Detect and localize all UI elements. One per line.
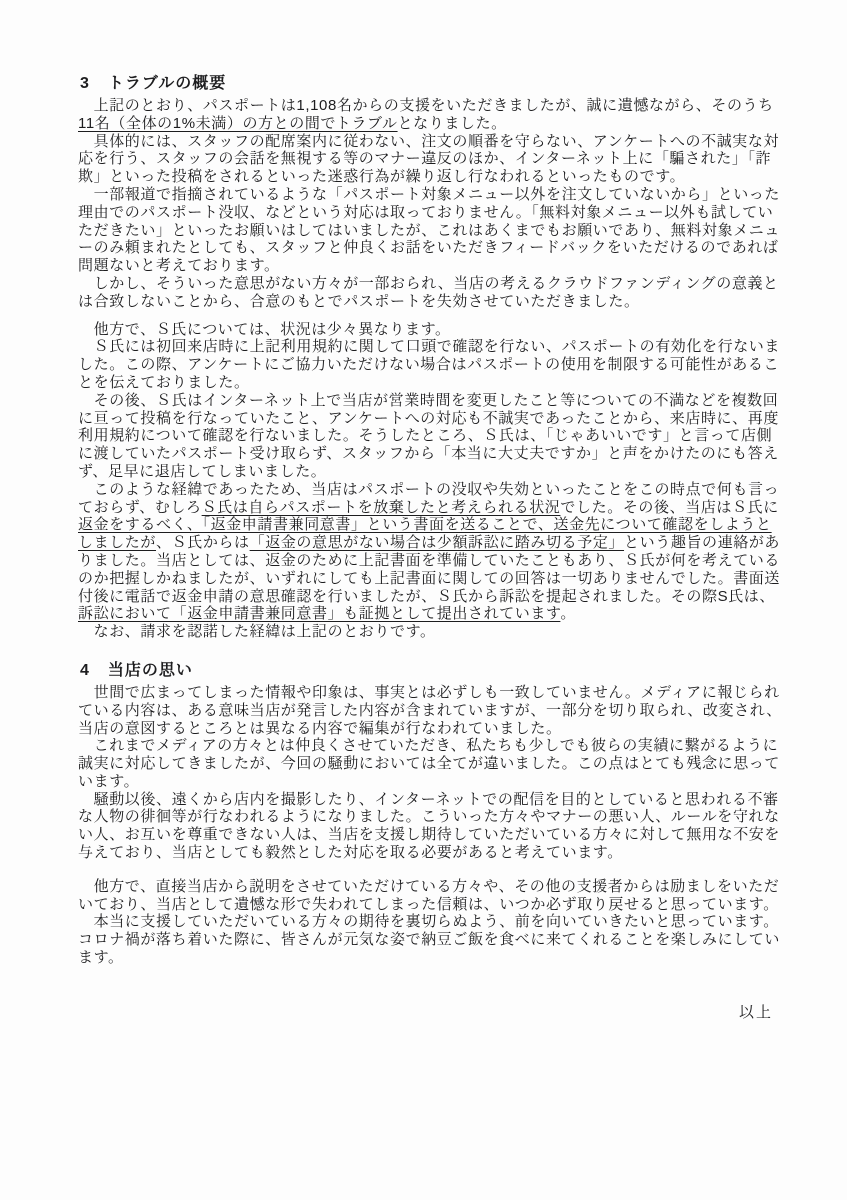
text-segment: 与えており、当店としても毅然とした対応を取る必要があると考えています。 [78,844,623,861]
text-segment: に亘って投稿を行なっていたこと、アンケートへの対応も不誠実であったことから、来店… [78,410,779,427]
text-segment: 問題ないと考えております。 [78,257,280,274]
text-line: しかし、そういった意思がない方々が一部おられ、当店の考えるクラウドファンディング… [78,275,787,293]
section-3: 3トラブルの概要 上記のとおり、パスポートは1,108名からの支援をいただきまし… [78,74,787,641]
text-segment: 他方で、直接当店から説明をさせていただけている方々や、その他の支援者からは励まし… [78,878,779,895]
text-line: 上記のとおり、パスポートは1,108名からの支援をいただきましたが、誠に遺憾なが… [78,97,787,115]
text-segment: となりました。 [398,115,507,132]
text-segment: 理由でのパスポート没収、などという対応は取っておりません。「無料対象メニュー以外… [78,204,773,221]
text-segment: 上記のとおり、パスポートは1,108名からの支援をいただきましたが、誠に遺憾なが… [78,97,774,114]
text-line: 具体的には、スタッフの配席案内に従わない、注文の順番を守らない、アンケートへの不… [78,133,787,151]
underlined-text: しましたが [78,534,156,551]
text-segment: 他方で、Ｓ氏については、状況は少々異なります。 [78,321,451,338]
text-segment: 具体的には、スタッフの配席案内に従わない、注文の順番を守らない、アンケートへの不… [78,133,779,150]
text-segment: とを伝えておりました。 [78,374,250,391]
underlined-text: 訴訟において「返金申請書兼同意書」も証拠として提出されています [78,605,560,622]
text-segment: という趣旨の連絡があ [624,534,780,551]
text-segment: でした。その後、当店はＳ氏に [560,499,778,516]
text-segment: 誠実に対応してきましたが、今回の騒動においては全てが違いました。この点はとても残… [78,755,780,772]
text-segment: Ｓ氏には初回来店時に上記利用規約に関して口頭で確認を行ない、パスポートの有効化を… [78,338,780,355]
section-title: トラブルの概要 [108,75,226,92]
paragraph-spacer [78,311,787,321]
text-line: した。この際、アンケートにご協力いただけない場合はパスポートの使用を制限する可能… [78,356,787,374]
text-segment: 騒動以後、遠くから店内を撮影したり、インターネットでの配信を目的としていると思わ… [78,791,779,808]
section-number: 3 [80,74,90,94]
text-segment: いており、当店として遺憾な形で失われてしまった信頼は、いつか必ず取り戻せると思っ… [78,896,779,913]
text-line: これまでメディアの方々とは仲良くさせていただき、私たちも少しでも彼らの実績に繋が… [78,737,787,755]
text-segment: 世間で広まってしまった情報や印象は、事実とは必ずしも一致していません。メディアに… [78,684,780,701]
underlined-text: 返金をするべく、「返金申請書兼同意書」という書面を送ることで、送金先について確認… [78,516,772,533]
text-segment: ず、足早に退店してしまいました。 [78,463,326,480]
text-line: Ｓ氏には初回来店時に上記利用規約に関して口頭で確認を行ない、パスポートの有効化を… [78,338,787,356]
text-line: いており、当店として遺憾な形で失われてしまった信頼は、いつか必ず取り戻せると思っ… [78,896,787,914]
section-number: 4 [80,661,90,681]
text-segment: 、Ｓ氏からは [156,534,250,551]
text-line: 他方で、直接当店から説明をさせていただけている方々や、その他の支援者からは励まし… [78,878,787,896]
text-line: 利用規約について確認を行ないました。そうしたところ、Ｓ氏は、「じゃあいいです」と… [78,427,787,445]
text-line: 騒動以後、遠くから店内を撮影したり、インターネットでの配信を目的としていると思わ… [78,791,787,809]
text-segment: 。 [560,605,576,622]
text-segment: ておらず、むしろ [78,499,202,516]
text-line: なお、請求を認諾した経緯は上記のとおりです。 [78,623,787,641]
text-segment: に渡していたパスポート受け取らず、スタッフから「本当に大丈夫ですか」と声をかけた… [78,445,779,462]
text-segment: ーのみ頼まれたとしても、スタッフと仲良くお話をいただきフィードバックをいただける… [78,239,779,256]
text-line: しましたが、Ｓ氏からは「返金の意思がない場合は少額訴訟に踏み切る予定」という趣旨… [78,534,787,552]
text-segment: コロナ禍が落ち着いた際に、皆さんが元気な姿で納豆ご飯を食べに来てくれることを楽し… [78,931,780,948]
text-segment: います。 [78,773,139,790]
text-line: 欺」といった投稿をされるといった迷惑行為が繰り返し行なわれるといったものです。 [78,168,787,186]
text-line: 問題ないと考えております。 [78,257,787,275]
text-segment: これまでメディアの方々とは仲良くさせていただき、私たちも少しでも彼らの実績に繋が… [78,737,778,754]
text-segment: りました。当店としては、返金のために上記書面を準備していたこともあり、Ｓ氏が何を… [78,552,780,569]
text-line: 他方で、Ｓ氏については、状況は少々異なります。 [78,321,787,339]
sections: 3トラブルの概要 上記のとおり、パスポートは1,108名からの支援をいただきまし… [78,74,787,967]
text-segment: は合致しないことから、合意のもとでパスポートを失効させていただきました。 [78,293,640,310]
text-line: りました。当店としては、返金のために上記書面を準備していたこともあり、Ｓ氏が何を… [78,552,787,570]
text-line: その後、Ｓ氏はインターネット上で当店が営業時間を変更したこと等についての不満など… [78,392,787,410]
text-line: 応を行う、スタッフの会話を無視する等のマナー違反のほか、インターネット上に「騙さ… [78,150,787,168]
text-segment: 付後に電話で返金申請の意思確認を行いましたが、Ｓ氏から訴訟を提起されました。その… [78,588,775,605]
text-segment: ている内容は、ある意味当店が発言した内容が含まれていますが、一部分を切り取られ、… [78,702,782,719]
text-line: コロナ禍が落ち着いた際に、皆さんが元気な姿で納豆ご飯を食べに来てくれることを楽し… [78,931,787,949]
document-page: 3トラブルの概要 上記のとおり、パスポートは1,108名からの支援をいただきまし… [0,0,847,1200]
text-line: のか把握しかねましたが、いずれにしても上記書面に関しての回答は一切ありませんでし… [78,570,787,588]
text-segment: い人、お互いを尊重できない人は、当店を支援し期待していただいている方々に対して無… [78,826,780,843]
text-line: に亘って投稿を行なっていたこと、アンケートへの対応も不誠実であったことから、来店… [78,410,787,428]
paragraph-spacer [78,862,787,878]
section-heading: 3トラブルの概要 [80,74,787,94]
text-segment: 本当に支援していただいている方々の期待を裏切らぬよう、前を向いていきたいと思って… [78,913,779,930]
underlined-text: 11名（全体の1%未満）の方との間でトラブル [78,115,398,132]
text-segment: しかし、そういった意思がない方々が一部おられ、当店の考えるクラウドファンディング… [78,275,779,292]
text-line: います。 [78,773,787,791]
text-segment: 一部報道で指摘されているような「パスポート対象メニュー以外を注文していないから」… [78,186,780,203]
text-line: 付後に電話で返金申請の意思確認を行いましたが、Ｓ氏から訴訟を提起されました。その… [78,588,787,606]
text-segment: のか把握しかねましたが、いずれにしても上記書面に関しての回答は一切ありませんでし… [78,570,780,587]
text-line: とを伝えておりました。 [78,374,787,392]
section-title: 当店の思い [108,662,193,679]
text-line: 世間で広まってしまった情報や印象は、事実とは必ずしも一致していません。メディアに… [78,684,787,702]
text-line: 当店の意図するところとは異なる内容で編集が行なわれていました。 [78,720,787,738]
text-line: 訴訟において「返金申請書兼同意書」も証拠として提出されています。 [78,605,787,623]
section-4: 4当店の思い 世間で広まってしまった情報や印象は、事実とは必ずしも一致していませ… [78,661,787,967]
text-segment: した。この際、アンケートにご協力いただけない場合はパスポートの使用を制限する可能… [78,356,779,373]
text-line: 返金をするべく、「返金申請書兼同意書」という書面を送ることで、送金先について確認… [78,516,787,534]
text-line: 誠実に対応してきましたが、今回の騒動においては全てが違いました。この点はとても残… [78,755,787,773]
text-segment: 利用規約について確認を行ないました。そうしたところ、Ｓ氏は、「じゃあいいです」と… [78,427,772,444]
text-line: このような経緯であったため、当店はパスポートの没収や失効といったことをこの時点で… [78,481,787,499]
text-segment: 応を行う、スタッフの会話を無視する等のマナー違反のほか、インターネット上に「騙さ… [78,150,771,167]
text-line: ている内容は、ある意味当店が発言した内容が含まれていますが、一部分を切り取られ、… [78,702,787,720]
text-line: ただきたい」といったお願いはしてはいましたが、これはあくまでもお願いであり、無料… [78,222,787,240]
text-line: 与えており、当店としても毅然とした対応を取る必要があると考えています。 [78,844,787,862]
text-line: ーのみ頼まれたとしても、スタッフと仲良くお話をいただきフィードバックをいただける… [78,239,787,257]
text-segment: 当店の意図するところとは異なる内容で編集が行なわれていました。 [78,720,562,737]
text-line: ます。 [78,949,787,967]
text-line: な人物の徘徊等が行なわれるようになりました。こういった方々やマナーの悪い人、ルー… [78,808,787,826]
text-line: い人、お互いを尊重できない人は、当店を支援し期待していただいている方々に対して無… [78,826,787,844]
text-segment: なお、請求を認諾した経緯は上記のとおりです。 [78,623,436,640]
text-line: 一部報道で指摘されているような「パスポート対象メニュー以外を注文していないから」… [78,186,787,204]
section-heading: 4当店の思い [80,661,787,681]
text-segment: ます。 [78,949,124,966]
underlined-text: 「返金の意思がない場合は少額訴訟に踏み切る予定」 [250,534,624,551]
text-line: 本当に支援していただいている方々の期待を裏切らぬよう、前を向いていきたいと思って… [78,913,787,931]
text-line: ず、足早に退店してしまいました。 [78,463,787,481]
text-line: は合致しないことから、合意のもとでパスポートを失効させていただきました。 [78,293,787,311]
text-segment: その後、Ｓ氏はインターネット上で当店が営業時間を変更したこと等についての不満など… [78,392,778,409]
text-segment: な人物の徘徊等が行なわれるようになりました。こういった方々やマナーの悪い人、ルー… [78,808,780,825]
text-segment: 欺」といった投稿をされるといった迷惑行為が繰り返し行なわれるといったものです。 [78,168,685,185]
text-segment: ただきたい」といったお願いはしてはいましたが、これはあくまでもお願いであり、無料… [78,222,780,239]
underlined-text: Ｓ氏は自らパスポートを放棄したと考えられる状況 [202,499,561,516]
text-segment: このような経緯であったため、当店はパスポートの没収や失効といったことをこの時点で… [78,481,779,498]
text-line: ておらず、むしろＳ氏は自らパスポートを放棄したと考えられる状況でした。その後、当… [78,499,787,517]
text-line: 理由でのパスポート没収、などという対応は取っておりません。「無料対象メニュー以外… [78,204,787,222]
text-line: 11名（全体の1%未満）の方との間でトラブルとなりました。 [78,115,787,133]
text-line: に渡していたパスポート受け取らず、スタッフから「本当に大丈夫ですか」と声をかけた… [78,445,787,463]
closing-text: 以上 [78,1001,773,1022]
